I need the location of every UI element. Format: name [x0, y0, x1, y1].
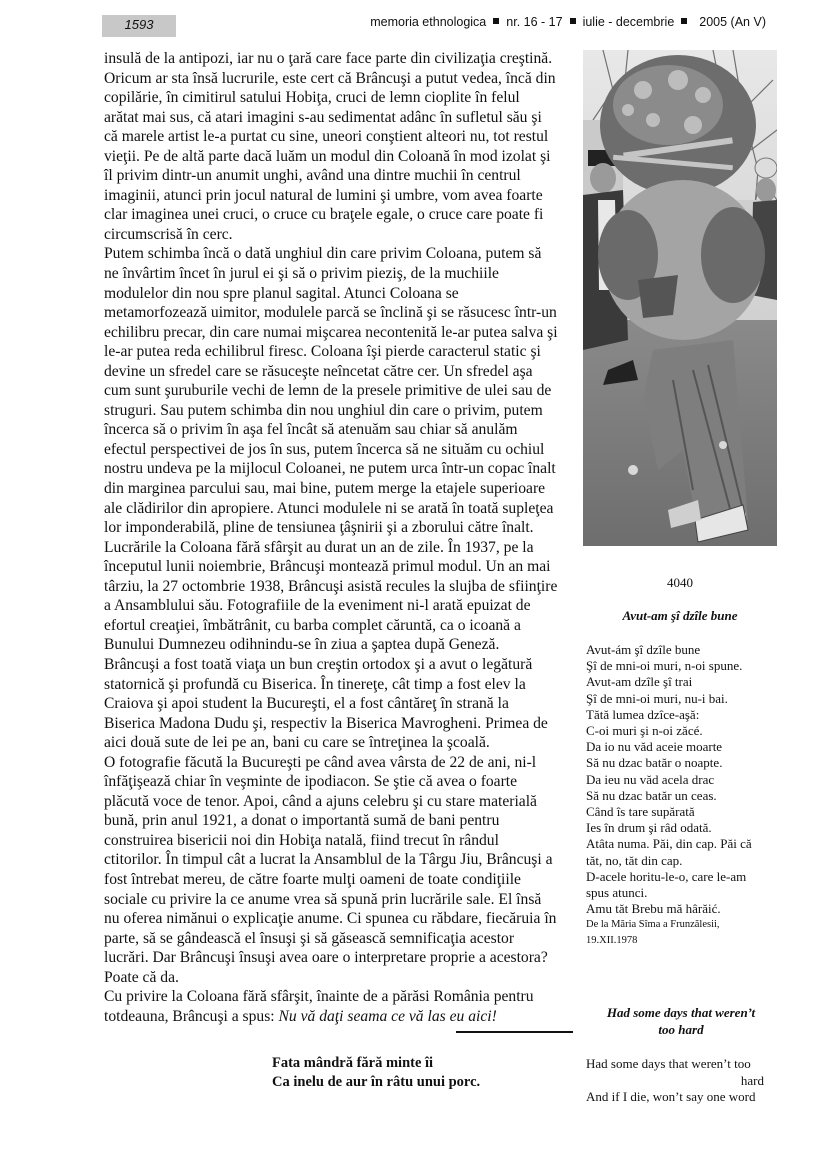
text-line: statornică şi profundă cu Biserica. În t… [104, 675, 576, 695]
photo-illustration [583, 50, 777, 546]
text-line: Craiova şi apoi student la Bucureşti, el… [104, 694, 576, 714]
text-line: efortul creaţiei, îmbătrânit, cu barba c… [104, 616, 576, 636]
issue-number: nr. 16 - 17 [506, 15, 562, 29]
text-line: înfăţişează chiar în veşminte de ipodiac… [104, 772, 576, 792]
poem-line: Atâta numa. Păi, din cap. Păi că [586, 836, 776, 852]
proverb-line: Ca inelu de aur în râtu unui porc. [272, 1073, 480, 1092]
poem-line: Şî de mni-oi muri, n-oi spune. [586, 658, 776, 674]
poem-line: D-acele horitu-le-o, care le-am [586, 869, 776, 885]
text-line: devine un sfredel care se răsuceşte neîn… [104, 362, 576, 382]
figure-number: 4040 [583, 575, 777, 591]
poem-line: Da io nu văd aceie moarte [586, 739, 776, 755]
text-line: circumscrisă în cerc. [104, 225, 576, 245]
text-line: modulelor din nou spre planul sagital. A… [104, 284, 576, 304]
text-line: nostru undeva pe la mijlocul Coloanei, n… [104, 459, 576, 479]
text-line: echilibru precar, din care numai mişcare… [104, 323, 576, 343]
english-poem-line: And if I die, won’t say one word [586, 1089, 766, 1106]
text-line: le-ar putea reda echilibrul firesc. Colo… [104, 342, 576, 362]
text-line: începutul lunii noiembrie, Brâncuşi mont… [104, 557, 576, 577]
text-line: Lucrările la Coloana fără sfârşit au dur… [104, 538, 576, 558]
english-title-line: too hard [583, 1021, 779, 1038]
issue-year: 2005 (An V) [699, 15, 766, 29]
text-line: Poate că da. [104, 968, 576, 988]
poem-source: De la Măria Sîma a Frunzălesii, [586, 917, 776, 933]
english-title-line: Had some days that weren’t [583, 1004, 779, 1021]
poem-line: Amu tăt Brebu mă hârăić. [586, 901, 776, 917]
text-line: lor imponderabilă, pline de tensiunea ţâ… [104, 518, 576, 538]
poem-line: Să nu dzac batăr un ceas. [586, 788, 776, 804]
poem-line: Să nu dzac batăr o noapte. [586, 755, 776, 771]
text-line: aici două sute de lei pe an, bani cu car… [104, 733, 576, 753]
text-line: a Ansamblului său. Fotografiile de la ev… [104, 596, 576, 616]
brancusi-quote: Nu vă daţi seama ce vă las eu aici! [279, 1008, 497, 1025]
proverb-line: Fata mândră fără minte îi [272, 1054, 480, 1073]
text-line: metamorfozează uimitor, modulele parcă s… [104, 303, 576, 323]
english-poem-title: Had some days that weren’t too hard [583, 1004, 779, 1038]
poem-line: Avut-ám şî dzîle bune [586, 642, 776, 658]
text-line: târziu, la 27 octombrie 1938, Brâncuşi a… [104, 577, 576, 597]
text-line: bună, prin anul 1921, a donat o importan… [104, 811, 576, 831]
poem-romanian: Avut-ám şî dzîle bune Şî de mni-oi muri,… [586, 642, 776, 949]
text-line: Biserica Madona Dudu şi, respectiv la Bi… [104, 714, 576, 734]
text-line: ne învârtim încet în jurul ei şi să o pr… [104, 264, 576, 284]
english-poem-line: Had some days that weren’t too [586, 1056, 766, 1073]
text-line-last: totdeauna, Brâncuşi a spus: Nu vă daţi s… [104, 1007, 576, 1027]
journal-name: memoria ethnologica [370, 15, 486, 29]
page-number: 1593 [102, 17, 176, 32]
text-line: încerca să o privim în aşa fel încât să … [104, 420, 576, 440]
text-line: fost întrebat mereu, de către foarte mul… [104, 870, 576, 890]
text-line: arătat mai sus, că atari imagini s-au se… [104, 108, 576, 128]
text-line: nu oferea nimănui o explicaţie anume. Ci… [104, 909, 576, 929]
text-line: struguri. Sau putem schimba din nou ungh… [104, 401, 576, 421]
text-line: imaginii, atunci prin jocul natural de l… [104, 186, 576, 206]
text-line: vieţii. Pe de altă parte dacă luăm un mo… [104, 147, 576, 167]
text-line: Cu privire la Coloana fără sfârşit, înai… [104, 987, 576, 1007]
poem-line: Avut-am dzîle şî trai [586, 674, 776, 690]
english-poem: Had some days that weren’t too hard And … [586, 1056, 766, 1106]
text-line: construirea bisericii noi din Hobiţa nat… [104, 831, 576, 851]
text-line: din marginea parcului sau, mai bine, put… [104, 479, 576, 499]
text-line: Putem schimba încă o dată unghiul din ca… [104, 244, 576, 264]
text-line: clar imaginea unei cruci, o cruce cu bra… [104, 205, 576, 225]
text-line: parte, să se gândească el însuşi şi să g… [104, 929, 576, 949]
issue-period: iulie - decembrie [583, 15, 675, 29]
text-line: plăcută voce de tenor. Apoi, când a ajun… [104, 792, 576, 812]
text-line-prefix: totdeauna, Brâncuşi a spus: [104, 1008, 279, 1025]
page-number-box: 1593 [102, 15, 176, 37]
text-line: ale clădirilor din apropiere. Atunci mod… [104, 499, 576, 519]
black-square-icon [681, 18, 687, 24]
poem-line: Ies în drum şi râd odată. [586, 820, 776, 836]
text-line: Brâncuşi a fost toată viaţa un bun creşt… [104, 655, 576, 675]
running-header: memoria ethnologicanr. 16 - 17iulie - de… [370, 15, 766, 29]
article-text: insulă de la antipozi, iar nu o ţară car… [104, 49, 576, 1026]
black-square-icon [570, 18, 576, 24]
text-line: sociale cu privire la ce anume vrea să s… [104, 890, 576, 910]
text-line: Bunului Dumnezeu odihnindu-se în ziua a … [104, 635, 576, 655]
text-line: ctitorilor. În timpul cât a lucrat la An… [104, 850, 576, 870]
poem-line: C-oi muri şi n-oi zăcé. [586, 723, 776, 739]
text-line: Oricum ar sta însă lucrurile, este cert … [104, 69, 576, 89]
black-square-icon [493, 18, 499, 24]
poem-line: Da ieu nu văd acela drac [586, 772, 776, 788]
poem-line: Şî de mni-oi muri, nu-i bai. [586, 691, 776, 707]
article-body: insulă de la antipozi, iar nu o ţară car… [104, 49, 576, 1026]
text-line: cum sunt şuruburile vechi de lemn de la … [104, 381, 576, 401]
poem-title: Avut-am şî dzîle bune [583, 608, 777, 624]
text-line: că marele artist le-a purtat cu sine, un… [104, 127, 576, 147]
english-poem-line: hard [586, 1073, 766, 1090]
separator-line [456, 1031, 573, 1033]
poem-source-date: 19.XII.1978 [586, 933, 776, 949]
folk-costume-photo [583, 50, 777, 546]
text-line: O fotografie făcută la Bucureşti pe când… [104, 753, 576, 773]
text-line: lucrări. Dar Brâncuşi însuşi avea oare o… [104, 948, 576, 968]
poem-line: spus atunci. [586, 885, 776, 901]
poem-line: Când îs tare supărată [586, 804, 776, 820]
text-line: efectul perspectivei de jos în sus, pute… [104, 440, 576, 460]
poem-line: tăt, no, tăt din cap. [586, 853, 776, 869]
poem-line: Tătă lumea dzîce-aşă: [586, 707, 776, 723]
text-line: copilărie, în cimitirul satului Hobiţa, … [104, 88, 576, 108]
proverb: Fata mândră fără minte îi Ca inelu de au… [272, 1054, 480, 1092]
text-line: insulă de la antipozi, iar nu o ţară car… [104, 49, 576, 69]
text-line: îl privim dintr-un anumit unghi, având u… [104, 166, 576, 186]
